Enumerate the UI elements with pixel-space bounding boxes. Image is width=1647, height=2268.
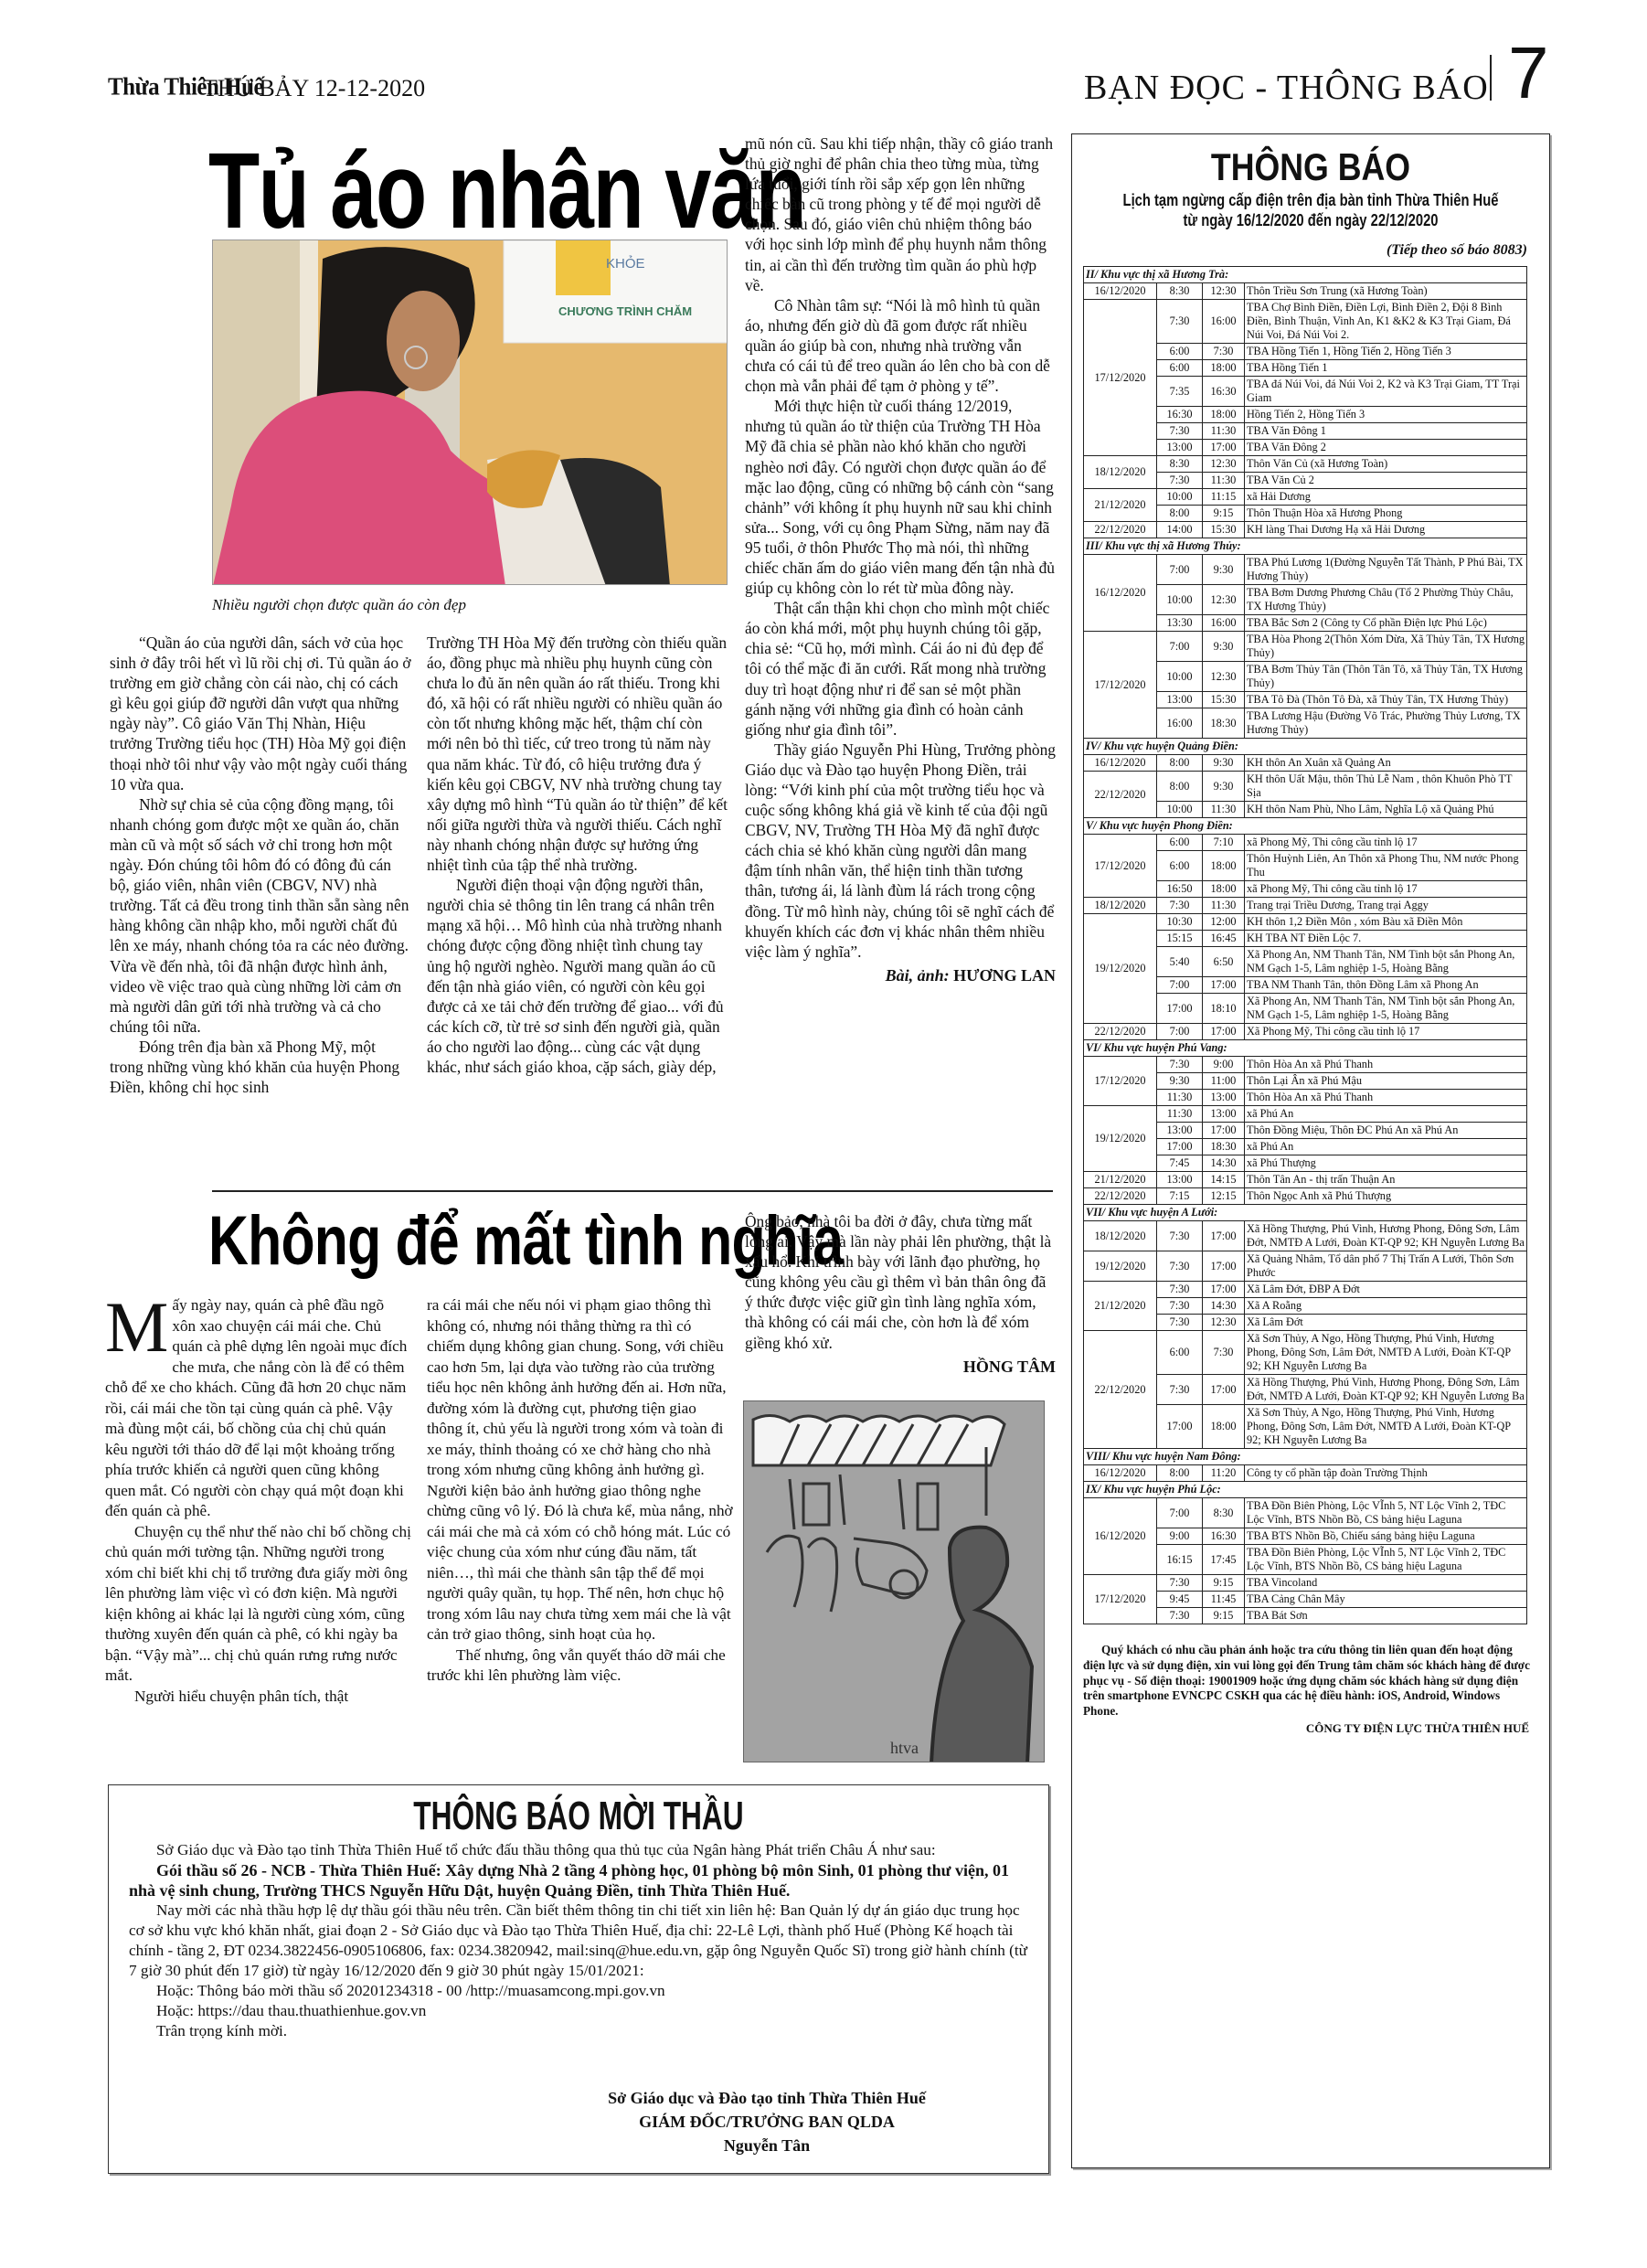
start-time-cell: 8:00 <box>1157 772 1203 802</box>
date-cell: 16/12/2020 <box>1084 555 1157 632</box>
location-cell: Xã Phong An, NM Thanh Tân, NM Tinh bột s… <box>1245 994 1527 1024</box>
end-time-cell: 17:00 <box>1203 1251 1245 1282</box>
start-time-cell: 7:30 <box>1157 1282 1203 1298</box>
location-cell: TBA đá Núi Voi, đá Núi Voi 2, K2 và K3 T… <box>1245 377 1527 407</box>
location-cell: TBA Chợ Bình Điền, Điền Lợi, Bình Điền 2… <box>1245 300 1527 344</box>
table-row: 21/12/20207:3017:00Xã Lâm Đớt, ĐBP A Đớt <box>1084 1282 1527 1298</box>
outage-schedule-table: II/ Khu vực thị xã Hương Trà:16/12/20208… <box>1083 266 1527 1624</box>
region-header-row: VII/ Khu vực huyện A Lưới: <box>1084 1205 1527 1221</box>
end-time-cell: 7:30 <box>1203 1331 1245 1375</box>
location-cell: TBA Đồn Biên Phòng, Lộc VĨnh 5, NT Lộc V… <box>1245 1498 1527 1528</box>
region-name: III/ Khu vực thị xã Hương Thủy: <box>1084 538 1527 555</box>
location-cell: TBA Phú Lương 1(Đường Nguyễn Tất Thành, … <box>1245 555 1527 585</box>
notice-subtitle-2: từ ngày 16/12/2020 đến ngày 22/12/2020 <box>1115 211 1506 230</box>
table-row: 21/12/202013:0014:15Thôn Tân An - thị tr… <box>1084 1172 1527 1188</box>
location-cell: xã Phú An <box>1245 1106 1527 1123</box>
location-cell: Xã A Roằng <box>1245 1298 1527 1315</box>
table-row: 16/12/20208:0011:20Công ty cổ phần tập đ… <box>1084 1465 1527 1482</box>
paragraph: Đóng trên địa bàn xã Phong Mỹ, một trong… <box>110 1037 411 1097</box>
date-cell: 17/12/2020 <box>1084 632 1157 739</box>
start-time-cell: 10:00 <box>1157 802 1203 818</box>
tender-title: THÔNG BÁO MỜI THẦU <box>255 1793 902 1840</box>
table-row: 18/12/20208:3012:30Thôn Văn Củ (xã Hương… <box>1084 456 1527 473</box>
location-cell: TBA Văn Đông 2 <box>1245 440 1527 456</box>
date-cell: 16/12/2020 <box>1084 1465 1157 1482</box>
table-row: 17/12/20206:007:10xã Phong Mỹ, Thi công … <box>1084 835 1527 851</box>
start-time-cell: 13:00 <box>1157 1172 1203 1188</box>
end-time-cell: 11:30 <box>1203 898 1245 914</box>
article1-headline: Tủ áo nhân văn <box>208 137 805 245</box>
end-time-cell: 16:30 <box>1203 377 1245 407</box>
location-cell: Trang trại Triều Dương, Trang trại Aggy <box>1245 898 1527 914</box>
region-header-row: II/ Khu vực thị xã Hương Trà: <box>1084 267 1527 283</box>
start-time-cell: 7:35 <box>1157 377 1203 407</box>
location-cell: TBA NM Thanh Tân, thôn Đồng Lâm xã Phong… <box>1245 977 1527 994</box>
location-cell: Thôn Ngọc Anh xã Phú Thượng <box>1245 1188 1527 1205</box>
start-time-cell: 7:30 <box>1157 898 1203 914</box>
location-cell: KH thôn 1,2 Điền Môn , xóm Bàu xã Điền M… <box>1245 914 1527 931</box>
start-time-cell: 9:45 <box>1157 1592 1203 1608</box>
end-time-cell: 18:10 <box>1203 994 1245 1024</box>
paragraph: Ông bảo, nhà tôi ba đời ở đây, chưa từng… <box>745 1211 1056 1353</box>
start-time-cell: 7:00 <box>1157 1498 1203 1528</box>
end-time-cell: 11:30 <box>1203 802 1245 818</box>
table-row: 16/12/20208:3012:30Thôn Triều Sơn Trung … <box>1084 283 1527 300</box>
date-cell: 17/12/2020 <box>1084 835 1157 898</box>
paragraph: Người điện thoại vận động người thân, ng… <box>427 875 728 1077</box>
issue-date: THỨ BẢY 12-12-2020 <box>203 75 425 102</box>
location-cell: TBA Vincoland <box>1245 1575 1527 1592</box>
location-cell: Xã Sơn Thủy, A Ngo, Hồng Thượng, Phú Vin… <box>1245 1405 1527 1449</box>
location-cell: Xã Hồng Thượng, Phú Vinh, Hương Phong, Đ… <box>1245 1221 1527 1251</box>
end-time-cell: 7:30 <box>1203 344 1245 360</box>
notice-subtitle-1: Lịch tạm ngừng cấp điện trên địa bàn tỉn… <box>1115 191 1506 210</box>
end-time-cell: 18:30 <box>1203 708 1245 739</box>
power-outage-notice: THÔNG BÁO Lịch tạm ngừng cấp điện trên đ… <box>1071 133 1550 2168</box>
location-cell: TBA Đồn Biên Phòng, Lộc VĨnh 5, NT Lộc V… <box>1245 1545 1527 1575</box>
table-row: 17/12/20207:009:30TBA Hòa Phong 2(Thôn X… <box>1084 632 1527 662</box>
start-time-cell: 10:00 <box>1157 489 1203 506</box>
location-cell: Thôn Triều Sơn Trung (xã Hương Toàn) <box>1245 283 1527 300</box>
end-time-cell: 9:15 <box>1203 1608 1245 1624</box>
end-time-cell: 18:00 <box>1203 881 1245 898</box>
start-time-cell: 6:00 <box>1157 360 1203 377</box>
cartoonist-signature: htva <box>890 1739 919 1757</box>
start-time-cell: 7:15 <box>1157 1188 1203 1205</box>
location-cell: TBA Bơm Thủy Tân (Thôn Tân Tô, xã Thủy T… <box>1245 662 1527 692</box>
start-time-cell: 7:45 <box>1157 1155 1203 1172</box>
region-name: IX/ Khu vực huyện Phú Lộc: <box>1084 1482 1527 1498</box>
date-cell: 21/12/2020 <box>1084 1172 1157 1188</box>
location-cell: Thôn Huỳnh Liên, An Thôn xã Phong Thu, N… <box>1245 851 1527 881</box>
location-cell: Thôn Hòa An xã Phú Thanh <box>1245 1090 1527 1106</box>
end-time-cell: 9:30 <box>1203 632 1245 662</box>
end-time-cell: 9:30 <box>1203 755 1245 772</box>
paragraph: ra cái mái che nếu nói vi phạm giao thôn… <box>427 1295 733 1645</box>
start-time-cell: 7:30 <box>1157 1221 1203 1251</box>
end-time-cell: 14:15 <box>1203 1172 1245 1188</box>
start-time-cell: 9:30 <box>1157 1073 1203 1090</box>
date-cell: 22/12/2020 <box>1084 1024 1157 1040</box>
table-row: 17/12/20207:309:00Thôn Hòa An xã Phú Tha… <box>1084 1057 1527 1073</box>
start-time-cell: 7:30 <box>1157 473 1203 489</box>
end-time-cell: 14:30 <box>1203 1298 1245 1315</box>
table-row: 22/12/20208:009:30KH thôn Uất Mậu, thôn … <box>1084 772 1527 802</box>
article2-column-2: ra cái mái che nếu nói vi phạm giao thôn… <box>427 1295 733 1687</box>
start-time-cell: 6:00 <box>1157 1331 1203 1375</box>
article1-column-3: mũ nón cũ. Sau khi tiếp nhận, thầy cô gi… <box>745 133 1056 985</box>
end-time-cell: 17:00 <box>1203 440 1245 456</box>
byline-label: Bài, ảnh: <box>886 966 950 985</box>
location-cell: KH thôn Uất Mậu, thôn Thủ Lễ Nam , thôn … <box>1245 772 1527 802</box>
location-cell: Thôn Văn Củ (xã Hương Toàn) <box>1245 456 1527 473</box>
article1-column-1: “Quần áo của người dân, sách vở của học … <box>110 633 411 1097</box>
location-cell: KH TBA NT Điền Lộc 7. <box>1245 931 1527 947</box>
end-time-cell: 6:50 <box>1203 947 1245 977</box>
end-time-cell: 12:30 <box>1203 662 1245 692</box>
start-time-cell: 7:30 <box>1157 1057 1203 1073</box>
location-cell: Xã Hồng Thượng, Phú Vinh, Hương Phong, Đ… <box>1245 1375 1527 1405</box>
end-time-cell: 18:00 <box>1203 851 1245 881</box>
start-time-cell: 17:00 <box>1157 1139 1203 1155</box>
end-time-cell: 8:30 <box>1203 1498 1245 1528</box>
start-time-cell: 16:30 <box>1157 407 1203 423</box>
end-time-cell: 12:30 <box>1203 585 1245 615</box>
region-header-row: VI/ Khu vực huyện Phú Vang: <box>1084 1040 1527 1057</box>
start-time-cell: 7:00 <box>1157 555 1203 585</box>
article2-column-3: Ông bảo, nhà tôi ba đời ở đây, chưa từng… <box>745 1211 1056 1377</box>
location-cell: xã Phong Mỹ, Thi công cầu tỉnh lộ 17 <box>1245 881 1527 898</box>
end-time-cell: 9:30 <box>1203 772 1245 802</box>
region-header-row: V/ Khu vực huyện Phong Điền: <box>1084 818 1527 835</box>
date-cell: 22/12/2020 <box>1084 522 1157 538</box>
date-cell: 19/12/2020 <box>1084 914 1157 1024</box>
end-time-cell: 9:15 <box>1203 506 1245 522</box>
location-cell: xã Phú Thượng <box>1245 1155 1527 1172</box>
end-time-cell: 13:00 <box>1203 1106 1245 1123</box>
end-time-cell: 13:00 <box>1203 1090 1245 1106</box>
start-time-cell: 17:00 <box>1157 994 1203 1024</box>
date-cell: 19/12/2020 <box>1084 1251 1157 1282</box>
table-row: 22/12/20206:007:30Xã Sơn Thủy, A Ngo, Hồ… <box>1084 1331 1527 1375</box>
location-cell: TBA Bắc Sơn 2 (Công ty Cổ phần Điện lực … <box>1245 615 1527 632</box>
start-time-cell: 7:30 <box>1157 1575 1203 1592</box>
location-cell: Xã Phong An, NM Thanh Tân, NM Tinh bột s… <box>1245 947 1527 977</box>
start-time-cell: 8:00 <box>1157 755 1203 772</box>
location-cell: TBA Hòa Phong 2(Thôn Xóm Dừa, Xã Thủy Tâ… <box>1245 632 1527 662</box>
location-cell: TBA Bát Sơn <box>1245 1608 1527 1624</box>
table-row: 22/12/202014:0015:30KH làng Thai Dương H… <box>1084 522 1527 538</box>
region-name: IV/ Khu vực huyện Quảng Điền: <box>1084 739 1527 755</box>
start-time-cell: 13:00 <box>1157 1123 1203 1139</box>
article2-byline: HỒNG TÂM <box>745 1357 1056 1377</box>
date-cell: 17/12/2020 <box>1084 1057 1157 1106</box>
region-name: VII/ Khu vực huyện A Lưới: <box>1084 1205 1527 1221</box>
region-header-row: IX/ Khu vực huyện Phú Lộc: <box>1084 1482 1527 1498</box>
article1-column-2: Trường TH Hòa Mỹ đến trường còn thiếu qu… <box>427 633 728 1077</box>
date-cell: 22/12/2020 <box>1084 1188 1157 1205</box>
start-time-cell: 13:30 <box>1157 615 1203 632</box>
location-cell: Thôn Thuận Hòa xã Hương Phong <box>1245 506 1527 522</box>
date-cell: 17/12/2020 <box>1084 300 1157 456</box>
paragraph: “Quần áo của người dân, sách vở của học … <box>110 633 411 794</box>
start-time-cell: 7:00 <box>1157 632 1203 662</box>
start-time-cell: 13:00 <box>1157 440 1203 456</box>
tender-link-2[interactable]: Hoặc: https://dau thau.thuathienhue.gov.… <box>129 2001 1028 2021</box>
end-time-cell: 17:00 <box>1203 1282 1245 1298</box>
header-divider <box>1490 55 1492 101</box>
end-time-cell: 16:00 <box>1203 300 1245 344</box>
location-cell: TBA Hồng Tiến 1 <box>1245 360 1527 377</box>
table-row: 21/12/202010:0011:15xã Hải Dương <box>1084 489 1527 506</box>
start-time-cell: 6:00 <box>1157 835 1203 851</box>
end-time-cell: 17:00 <box>1203 1123 1245 1139</box>
table-row: 17/12/20207:3016:00TBA Chợ Bình Điền, Đi… <box>1084 300 1527 344</box>
start-time-cell: 14:00 <box>1157 522 1203 538</box>
tender-contact: Nay mời các nhà thầu hợp lệ dự thầu gói … <box>129 1901 1028 1981</box>
start-time-cell: 7:00 <box>1157 1024 1203 1040</box>
start-time-cell: 8:00 <box>1157 506 1203 522</box>
location-cell: TBA Văn Củ 2 <box>1245 473 1527 489</box>
end-time-cell: 9:00 <box>1203 1057 1245 1073</box>
end-time-cell: 14:30 <box>1203 1155 1245 1172</box>
start-time-cell: 8:30 <box>1157 456 1203 473</box>
end-time-cell: 12:30 <box>1203 283 1245 300</box>
start-time-cell: 7:30 <box>1157 1375 1203 1405</box>
end-time-cell: 11:20 <box>1203 1465 1245 1482</box>
start-time-cell: 16:00 <box>1157 708 1203 739</box>
location-cell: Công ty cổ phần tập đoàn Trường Thịnh <box>1245 1465 1527 1482</box>
start-time-cell: 7:30 <box>1157 1315 1203 1331</box>
region-name: V/ Khu vực huyện Phong Điền: <box>1084 818 1527 835</box>
paragraph: Người hiểu chuyện phân tích, thật <box>105 1687 411 1708</box>
paragraph: Cô Nhàn tâm sự: “Nói là mô hình tủ quần … <box>745 295 1056 396</box>
tender-package: Gói thầu số 26 - NCB - Thừa Thiên Huế: X… <box>129 1860 1028 1901</box>
end-time-cell: 11:30 <box>1203 423 1245 440</box>
paragraph: Mới thực hiện từ cuối tháng 12/2019, như… <box>745 396 1056 598</box>
article-divider <box>212 1190 1053 1192</box>
svg-text:KHỎE: KHỎE <box>606 255 645 272</box>
paragraph: Chuyện cụ thể như thế nào chỉ bố chồng c… <box>105 1522 411 1687</box>
tender-closing: Trân trọng kính mời. <box>129 2021 1028 2041</box>
end-time-cell: 17:00 <box>1203 977 1245 994</box>
start-time-cell: 13:00 <box>1157 692 1203 708</box>
tender-notice-box: THÔNG BÁO MỜI THẦU Sở Giáo dục và Đào tạ… <box>108 1784 1049 2174</box>
svg-text:CHƯƠNG TRÌNH CHĂM: CHƯƠNG TRÌNH CHĂM <box>558 304 692 318</box>
tender-link-1[interactable]: Hoặc: Thông báo mời thầu số 20201234318 … <box>129 1981 1028 2001</box>
table-row: 17/12/20207:309:15TBA Vincoland <box>1084 1575 1527 1592</box>
end-time-cell: 18:00 <box>1203 407 1245 423</box>
date-cell: 18/12/2020 <box>1084 898 1157 914</box>
location-cell: Hồng Tiến 2, Hồng Tiến 3 <box>1245 407 1527 423</box>
article1-photo: KHỎE CHƯƠNG TRÌNH CHĂM <box>212 240 728 585</box>
location-cell: Thôn Đồng Miệu, Thôn ĐC Phú An xã Phú An <box>1245 1123 1527 1139</box>
start-time-cell: 16:50 <box>1157 881 1203 898</box>
article2-column-1: Mấy ngày nay, quán cà phê đầu ngõ xôn xa… <box>105 1295 411 1707</box>
start-time-cell: 7:30 <box>1157 1298 1203 1315</box>
location-cell: Thôn Hòa An xã Phú Thanh <box>1245 1057 1527 1073</box>
article1-photo-caption: Nhiều người chọn được quần áo còn đẹp <box>212 596 466 614</box>
location-cell: KH thôn An Xuân xã Quảng An <box>1245 755 1527 772</box>
tender-intro: Sở Giáo dục và Đào tạo tỉnh Thừa Thiên H… <box>129 1840 1028 1860</box>
paragraph: Thế nhưng, ông vẫn quyết tháo dỡ mái che… <box>427 1645 733 1687</box>
end-time-cell: 7:10 <box>1203 835 1245 851</box>
paragraph: Mấy ngày nay, quán cà phê đầu ngõ xôn xa… <box>105 1295 411 1522</box>
start-time-cell: 9:00 <box>1157 1528 1203 1545</box>
table-row: 16/12/20208:009:30KH thôn An Xuân xã Quả… <box>1084 755 1527 772</box>
start-time-cell: 7:30 <box>1157 1251 1203 1282</box>
region-name: VIII/ Khu vực huyện Nam Đông: <box>1084 1449 1527 1465</box>
date-cell: 22/12/2020 <box>1084 1331 1157 1449</box>
end-time-cell: 11:15 <box>1203 489 1245 506</box>
location-cell: KH thôn Nam Phù, Nho Lâm, Nghĩa Lộ xã Qu… <box>1245 802 1527 818</box>
location-cell: xã Phú An <box>1245 1139 1527 1155</box>
tender-signature-name: Nguyễn Tân <box>566 2135 968 2156</box>
start-time-cell: 17:00 <box>1157 1405 1203 1449</box>
location-cell: xã Hải Dương <box>1245 489 1527 506</box>
page-number: 7 <box>1508 37 1549 110</box>
location-cell: KH làng Thai Dương Hạ xã Hải Dương <box>1245 522 1527 538</box>
notice-footer: Quý khách có nhu cầu phản ánh hoặc tra c… <box>1083 1643 1531 1720</box>
location-cell: Xã Phong Mỹ, Thi công cầu tỉnh lộ 17 <box>1245 1024 1527 1040</box>
end-time-cell: 15:30 <box>1203 692 1245 708</box>
table-row: 19/12/202011:3013:00xã Phú An <box>1084 1106 1527 1123</box>
location-cell: Thôn Lại Ân xã Phú Mậu <box>1245 1073 1527 1090</box>
paragraph: mũ nón cũ. Sau khi tiếp nhận, thầy cô gi… <box>745 133 1056 295</box>
start-time-cell: 6:00 <box>1157 851 1203 881</box>
end-time-cell: 18:00 <box>1203 1405 1245 1449</box>
tender-signature-title: GIÁM ĐỐC/TRƯỞNG BAN QLDA <box>566 2111 968 2133</box>
drop-cap: M <box>105 1297 168 1358</box>
end-time-cell: 16:30 <box>1203 1528 1245 1545</box>
start-time-cell: 6:00 <box>1157 344 1203 360</box>
byline-author: HƯƠNG LAN <box>953 966 1056 985</box>
end-time-cell: 18:00 <box>1203 360 1245 377</box>
location-cell: Xã Quảng Nhâm, Tổ dân phố 7 Thị Trấn A L… <box>1245 1251 1527 1282</box>
end-time-cell: 11:30 <box>1203 473 1245 489</box>
end-time-cell: 17:00 <box>1203 1221 1245 1251</box>
end-time-cell: 9:15 <box>1203 1575 1245 1592</box>
end-time-cell: 12:15 <box>1203 1188 1245 1205</box>
table-row: 19/12/202010:3012:00KH thôn 1,2 Điền Môn… <box>1084 914 1527 931</box>
start-time-cell: 7:30 <box>1157 423 1203 440</box>
end-time-cell: 16:45 <box>1203 931 1245 947</box>
date-cell: 17/12/2020 <box>1084 1575 1157 1624</box>
table-row: 16/12/20207:008:30TBA Đồn Biên Phòng, Lộ… <box>1084 1498 1527 1528</box>
end-time-cell: 11:45 <box>1203 1592 1245 1608</box>
location-cell: TBA Lương Hậu (Đường Võ Trác, Phường Thủ… <box>1245 708 1527 739</box>
end-time-cell: 12:30 <box>1203 456 1245 473</box>
date-cell: 19/12/2020 <box>1084 1106 1157 1172</box>
start-time-cell: 11:30 <box>1157 1106 1203 1123</box>
date-cell: 22/12/2020 <box>1084 772 1157 818</box>
location-cell: TBA Văn Đông 1 <box>1245 423 1527 440</box>
paragraph: Nhờ sự chia sẻ của cộng đồng mạng, tôi n… <box>110 794 411 1037</box>
table-row: 16/12/20207:009:30TBA Phú Lương 1(Đường … <box>1084 555 1527 585</box>
end-time-cell: 11:00 <box>1203 1073 1245 1090</box>
location-cell: TBA BTS Nhồn Bồ, Chiếu sáng bảng hiệu La… <box>1245 1528 1527 1545</box>
date-cell: 16/12/2020 <box>1084 1498 1157 1575</box>
location-cell: Xã Lâm Đớt, ĐBP A Đớt <box>1245 1282 1527 1298</box>
region-header-row: VIII/ Khu vực huyện Nam Đông: <box>1084 1449 1527 1465</box>
start-time-cell: 11:30 <box>1157 1090 1203 1106</box>
region-header-row: IV/ Khu vực huyện Quảng Điền: <box>1084 739 1527 755</box>
end-time-cell: 17:45 <box>1203 1545 1245 1575</box>
table-row: 18/12/20207:3017:00Xã Hồng Thượng, Phú V… <box>1084 1221 1527 1251</box>
man-and-awning-cartoon: htva <box>744 1401 1045 1762</box>
table-row: 22/12/20207:1512:15Thôn Ngọc Anh xã Phú … <box>1084 1188 1527 1205</box>
cartoon-illustration: htva <box>743 1400 1045 1762</box>
paragraph: Trường TH Hòa Mỹ đến trường còn thiếu qu… <box>427 633 728 875</box>
date-cell: 21/12/2020 <box>1084 1282 1157 1331</box>
woman-sorting-clothes-image: KHỎE CHƯƠNG TRÌNH CHĂM <box>213 240 728 585</box>
date-cell: 16/12/2020 <box>1084 755 1157 772</box>
notice-title: THÔNG BÁO <box>1108 147 1514 187</box>
region-name: II/ Khu vực thị xã Hương Trà: <box>1084 267 1527 283</box>
tender-signature-org: Sở Giáo dục và Đào tạo tỉnh Thừa Thiên H… <box>566 2087 968 2109</box>
location-cell: Xã Sơn Thủy, A Ngo, Hồng Thượng, Phú Vin… <box>1245 1331 1527 1375</box>
end-time-cell: 18:30 <box>1203 1139 1245 1155</box>
location-cell: TBA Cảng Chân Mây <box>1245 1592 1527 1608</box>
table-row: 22/12/20207:0017:00Xã Phong Mỹ, Thi công… <box>1084 1024 1527 1040</box>
date-cell: 18/12/2020 <box>1084 456 1157 489</box>
location-cell: TBA Bơm Dương Phương Châu (Tổ 2 Phường T… <box>1245 585 1527 615</box>
notice-continued: (Tiếp theo số báo 8083) <box>1387 242 1527 259</box>
date-cell: 21/12/2020 <box>1084 489 1157 522</box>
start-time-cell: 16:15 <box>1157 1545 1203 1575</box>
region-name: VI/ Khu vực huyện Phú Vang: <box>1084 1040 1527 1057</box>
location-cell: TBA Hồng Tiến 1, Hồng Tiến 2, Hồng Tiến … <box>1245 344 1527 360</box>
end-time-cell: 16:00 <box>1203 615 1245 632</box>
table-row: 19/12/20207:3017:00Xã Quảng Nhâm, Tổ dân… <box>1084 1251 1527 1282</box>
paragraph: Thật cẩn thận khi chọn cho mình một chiế… <box>745 598 1056 740</box>
start-time-cell: 5:40 <box>1157 947 1203 977</box>
location-cell: Thôn Tân An - thị trấn Thuận An <box>1245 1172 1527 1188</box>
date-cell: 18/12/2020 <box>1084 1221 1157 1251</box>
paragraph: Thầy giáo Nguyễn Phi Hùng, Trưởng phòng … <box>745 740 1056 962</box>
start-time-cell: 10:00 <box>1157 662 1203 692</box>
article1-byline: Bài, ảnh: HƯƠNG LAN <box>745 965 1056 985</box>
end-time-cell: 12:00 <box>1203 914 1245 931</box>
end-time-cell: 15:30 <box>1203 522 1245 538</box>
section-title: BẠN ĐỌC - THÔNG BÁO <box>1084 68 1489 108</box>
notice-signature: CÔNG TY ĐIỆN LỰC THỪA THIÊN HUẾ <box>1306 1721 1529 1736</box>
start-time-cell: 10:00 <box>1157 585 1203 615</box>
date-cell: 16/12/2020 <box>1084 283 1157 300</box>
end-time-cell: 9:30 <box>1203 555 1245 585</box>
end-time-cell: 12:30 <box>1203 1315 1245 1331</box>
table-row: 18/12/20207:3011:30Trang trại Triều Dươn… <box>1084 898 1527 914</box>
start-time-cell: 10:30 <box>1157 914 1203 931</box>
start-time-cell: 15:15 <box>1157 931 1203 947</box>
location-cell: Xã Lâm Đớt <box>1245 1315 1527 1331</box>
start-time-cell: 8:30 <box>1157 283 1203 300</box>
location-cell: xã Phong Mỹ, Thi công cầu tỉnh lộ 17 <box>1245 835 1527 851</box>
start-time-cell: 8:00 <box>1157 1465 1203 1482</box>
location-cell: TBA Tô Đà (Thôn Tô Đà, xã Thủy Tân, TX H… <box>1245 692 1527 708</box>
start-time-cell: 7:00 <box>1157 977 1203 994</box>
end-time-cell: 17:00 <box>1203 1024 1245 1040</box>
region-header-row: III/ Khu vực thị xã Hương Thủy: <box>1084 538 1527 555</box>
start-time-cell: 7:30 <box>1157 1608 1203 1624</box>
end-time-cell: 17:00 <box>1203 1375 1245 1405</box>
start-time-cell: 7:30 <box>1157 300 1203 344</box>
